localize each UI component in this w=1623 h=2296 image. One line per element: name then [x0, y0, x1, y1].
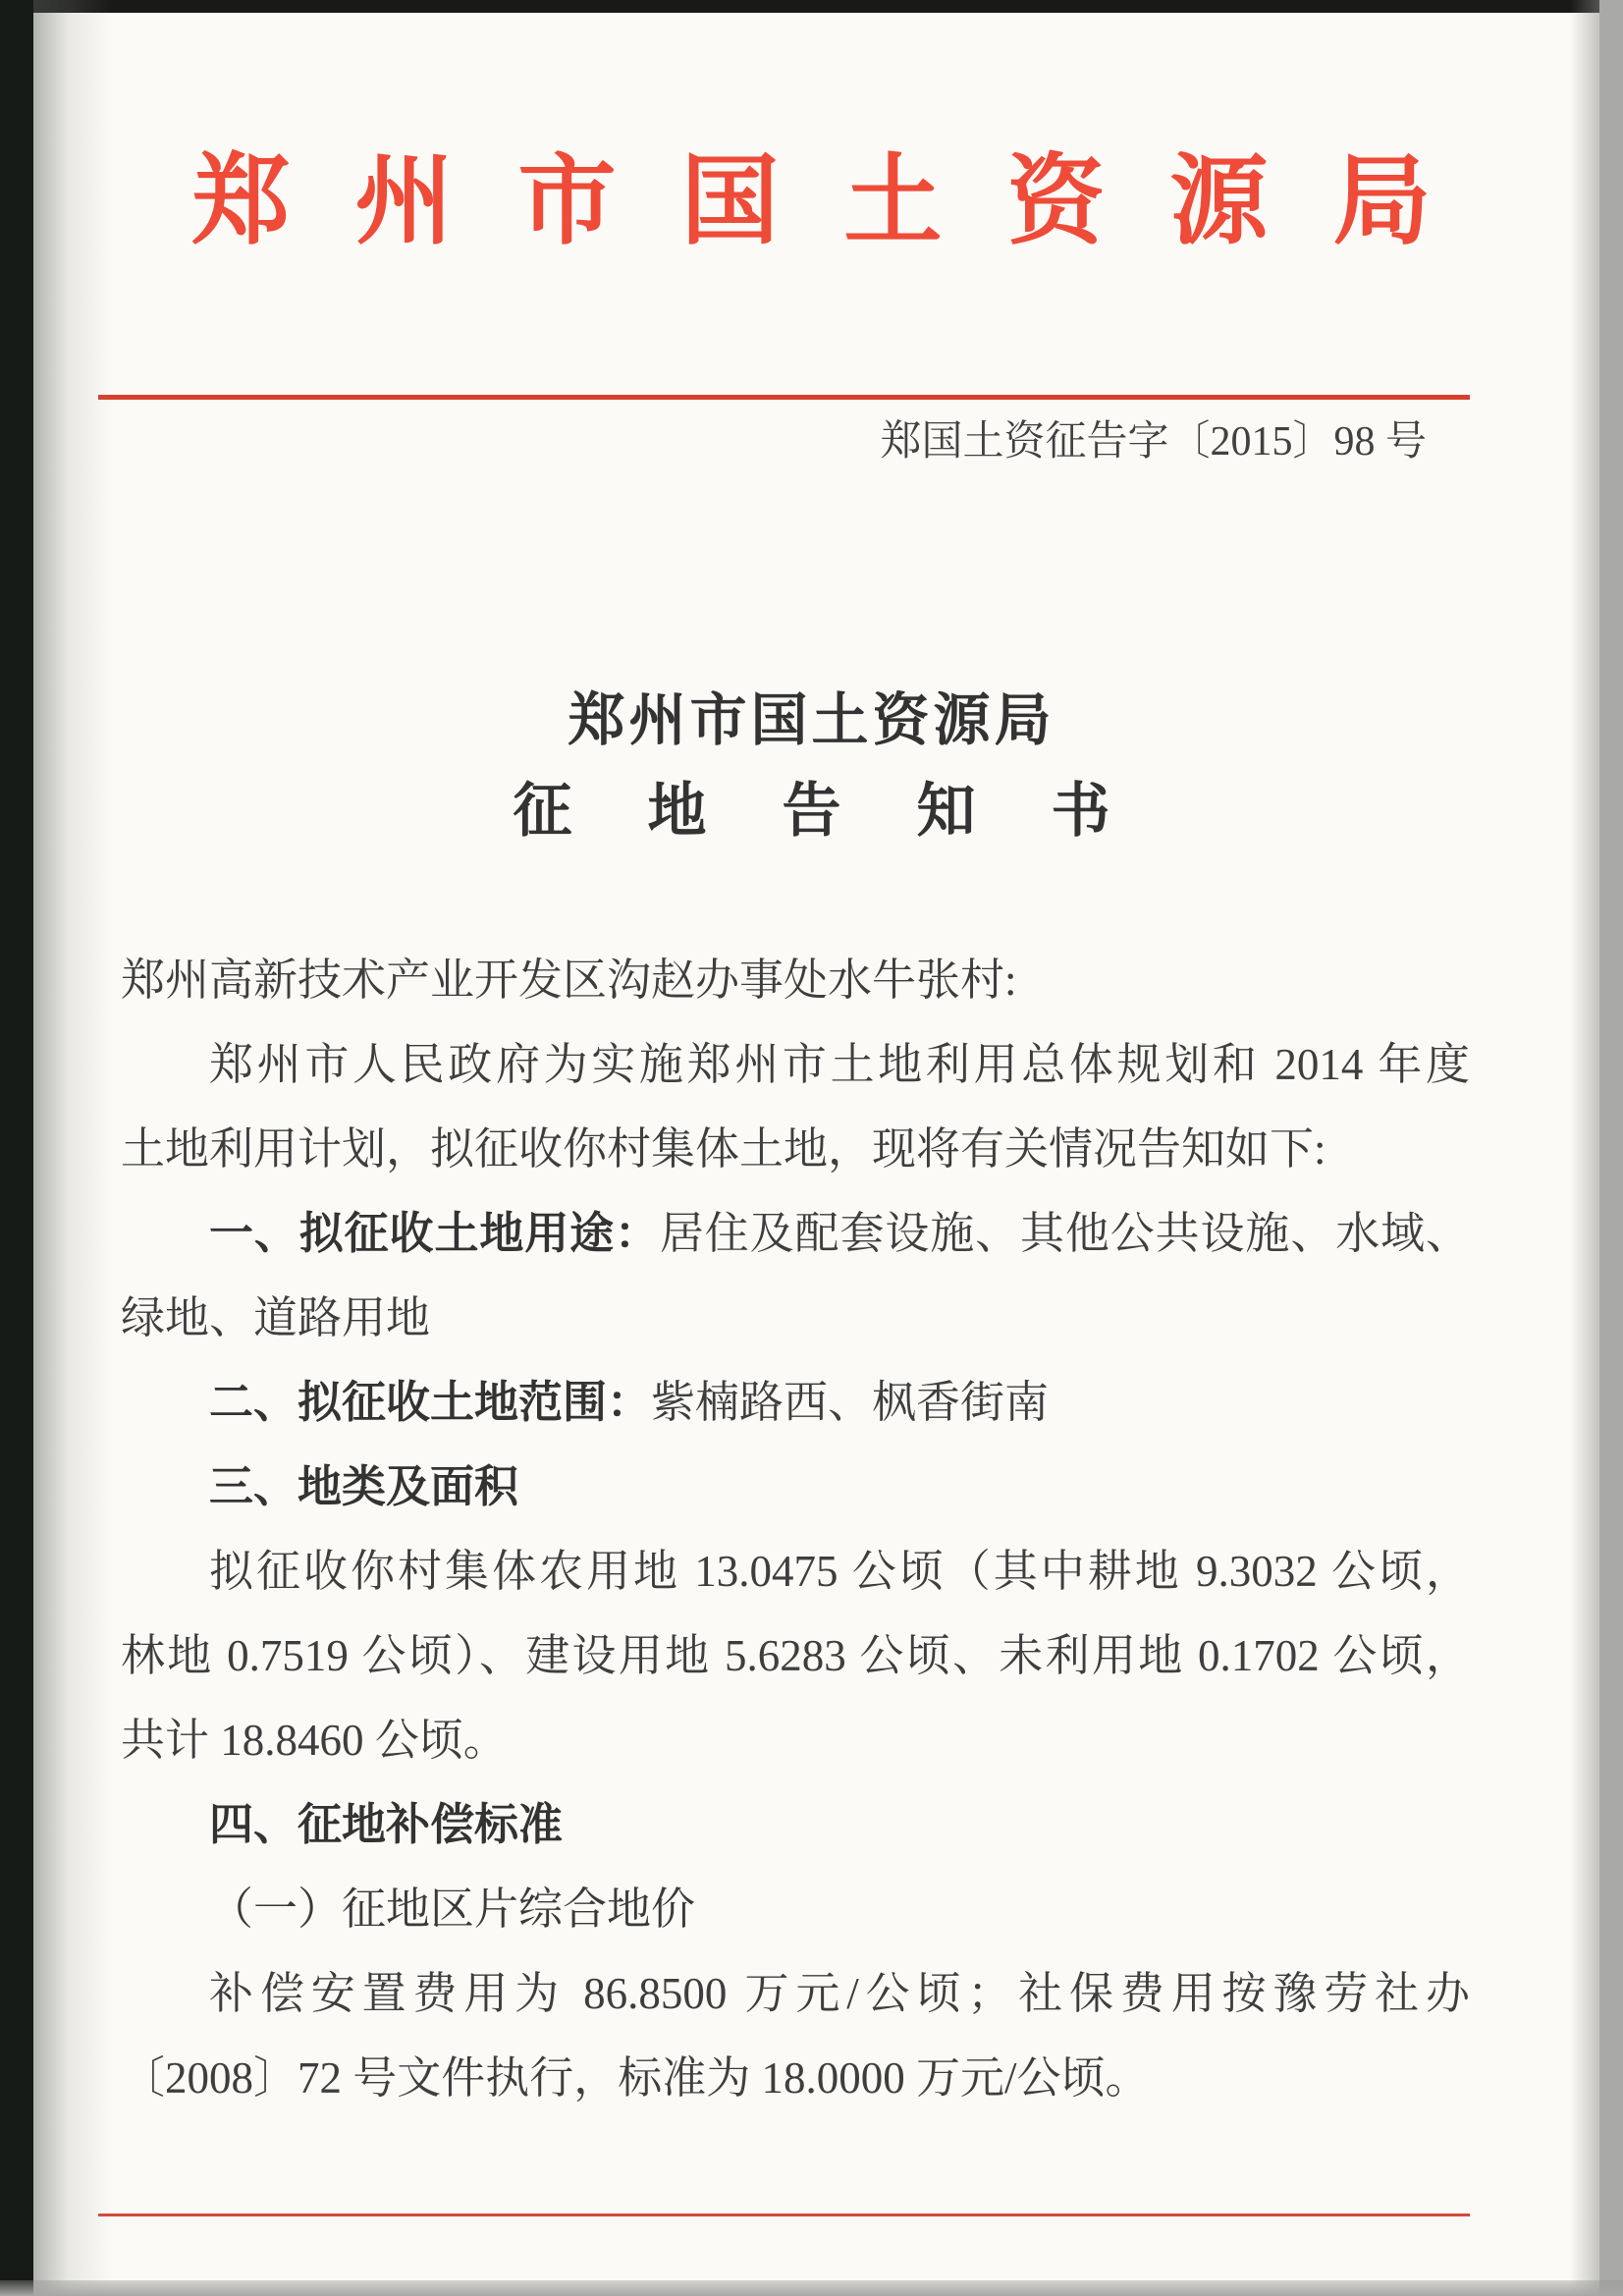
scan-binding-shadow	[33, 0, 112, 2296]
section-heading-text: 四、征地补偿标准	[209, 1799, 563, 1849]
section-heading-text: 一、拟征收土地用途：	[209, 1208, 660, 1258]
body-text: （一）征地区片综合地价	[209, 1885, 695, 1934]
body-line: 郑州高新技术产业开发区沟赵办事处水牛张村:	[121, 938, 1470, 1022]
scan-edge-top	[0, 0, 1623, 13]
body-line: 一、拟征收土地用途：居住及配套设施、其他公共设施、水域、	[121, 1191, 1470, 1276]
body-text: 郑州高新技术产业开发区沟赵办事处水牛张村:	[121, 956, 1017, 1005]
agency-letterhead: 郑州市国土资源局	[0, 147, 1623, 257]
body-text: 林地 0.7519 公顷）、建设用地 5.6283 公顷、未利用地 0.1702…	[121, 1631, 1470, 1680]
body-line: 四、征地补偿标准	[121, 1782, 1470, 1867]
body-text: 郑州市人民政府为实施郑州市土地利用总体规划和 2014 年度	[209, 1040, 1470, 1089]
body-text: 土地利用计划，拟征收你村集体土地，现将有关情况告知如下:	[121, 1124, 1326, 1174]
body-text: 补偿安置费用为 86.8500 万元/公顷；社保费用按豫劳社办	[209, 1969, 1470, 2018]
body-text: 绿地、道路用地	[121, 1293, 430, 1342]
document-body: 郑州高新技术产业开发区沟赵办事处水牛张村:郑州市人民政府为实施郑州市土地利用总体…	[121, 938, 1470, 2120]
body-line: 补偿安置费用为 86.8500 万元/公顷；社保费用按豫劳社办	[121, 1951, 1470, 2036]
body-line: 郑州市人民政府为实施郑州市土地利用总体规划和 2014 年度	[121, 1022, 1470, 1107]
body-line: 林地 0.7519 公顷）、建设用地 5.6283 公顷、未利用地 0.1702…	[121, 1613, 1470, 1698]
footer-divider-line	[98, 2214, 1470, 2216]
body-line: 土地利用计划，拟征收你村集体土地，现将有关情况告知如下:	[121, 1107, 1470, 1191]
scan-edge-right-shadow	[1570, 0, 1599, 2296]
body-line: 拟征收你村集体农用地 13.0475 公顷（其中耕地 9.3032 公顷，	[121, 1529, 1470, 1613]
section-heading-text: 三、地类及面积	[209, 1461, 518, 1511]
body-text: 〔2008〕72 号文件执行，标准为 18.0000 万元/公顷。	[121, 2053, 1150, 2103]
body-line: 〔2008〕72 号文件执行，标准为 18.0000 万元/公顷。	[121, 2036, 1470, 2120]
agency-letterhead-text: 郑州市国土资源局	[192, 147, 1496, 257]
scanned-document-page: 郑州市国土资源局 郑国土资征告字〔2015〕98 号 郑州市国土资源局 征地告知…	[0, 0, 1623, 2296]
document-number: 郑国土资征告字〔2015〕98 号	[880, 412, 1427, 471]
document-title-notice: 征地告知书	[0, 770, 1623, 852]
body-text: 共计 18.8460 公顷。	[121, 1716, 508, 1765]
body-line: 三、地类及面积	[121, 1445, 1470, 1529]
document-title-notice-text: 征地告知书	[514, 770, 1186, 852]
body-line: 共计 18.8460 公顷。	[121, 1698, 1470, 1782]
section-heading-text: 二、拟征收土地范围：	[209, 1377, 651, 1427]
body-text: 拟征收你村集体农用地 13.0475 公顷（其中耕地 9.3032 公顷，	[209, 1547, 1470, 1596]
letterhead-divider-line	[98, 395, 1470, 400]
scan-edge-bottom	[0, 2280, 1623, 2296]
scan-edge-right	[1599, 0, 1623, 2296]
body-text: 紫楠路西、枫香街南	[651, 1378, 1049, 1427]
document-title-agency: 郑州市国土资源局	[0, 685, 1623, 756]
scan-edge-left	[0, 0, 33, 2296]
body-line: 二、拟征收土地范围：紫楠路西、枫香街南	[121, 1360, 1470, 1445]
body-line: （一）征地区片综合地价	[121, 1867, 1470, 1951]
body-text: 居住及配套设施、其他公共设施、水域、	[660, 1209, 1470, 1258]
body-line: 绿地、道路用地	[121, 1276, 1470, 1360]
